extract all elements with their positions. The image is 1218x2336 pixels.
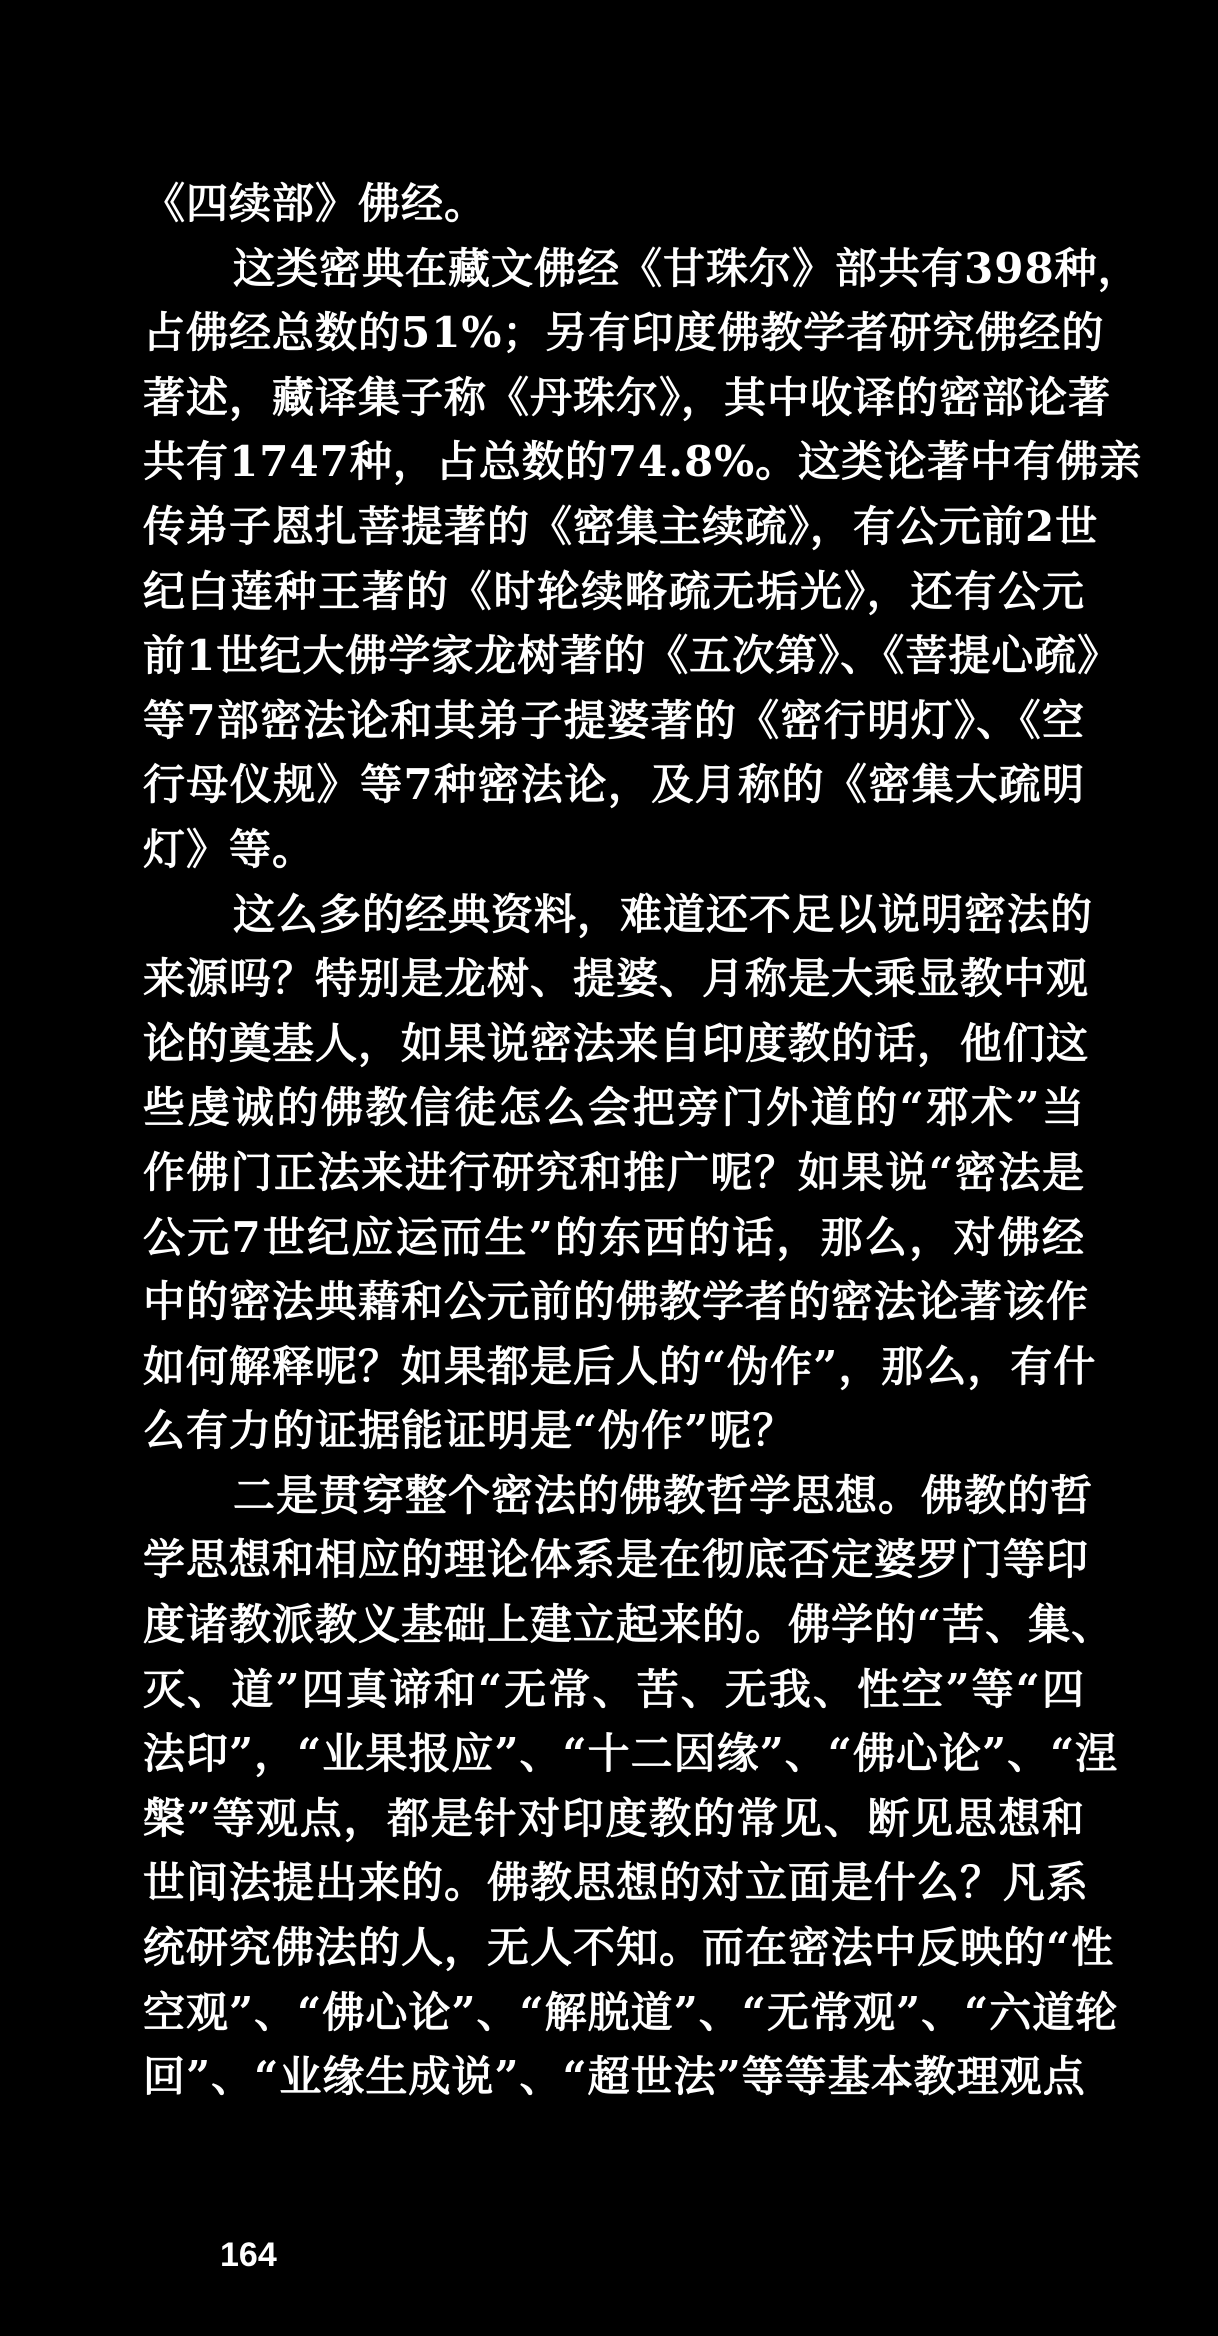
text-line: 世间法提出来的。佛教思想的对立面是什么？凡系: [143, 1851, 1085, 1916]
text-line: 论的奠基人，如果说密法来自印度教的话，他们这: [143, 1012, 1085, 1077]
text-line: 占佛经总数的51%；另有印度佛教学者研究佛经的: [143, 301, 1085, 366]
text-line: 统研究佛法的人，无人不知。而在密法中反映的“性: [143, 1916, 1085, 1981]
text-line: 共有1747种，占总数的74.8%。这类论著中有佛亲: [143, 430, 1085, 495]
text-line: 来源吗？特别是龙树、提婆、月称是大乘显教中观: [143, 947, 1085, 1012]
text-line: 些虔诚的佛教信徒怎么会把旁门外道的“邪术”当: [143, 1076, 1085, 1141]
text-line: 等7部密法论和其弟子提婆著的《密行明灯》、《空: [143, 689, 1085, 754]
text-line: 学思想和相应的理论体系是在彻底否定婆罗门等印: [143, 1528, 1085, 1593]
text-line: 么有力的证据能证明是“伪作”呢？: [143, 1399, 1085, 1464]
text-line: 中的密法典藉和公元前的佛教学者的密法论著该作: [143, 1270, 1085, 1335]
text-line: 纪白莲种王著的《时轮续略疏无垢光》，还有公元: [143, 560, 1085, 625]
paragraph-start-line: 这类密典在藏文佛经《甘珠尔》部共有398种，: [143, 237, 1085, 302]
text-line: 公元7世纪应运而生”的东西的话，那么，对佛经: [143, 1206, 1085, 1271]
text-line: 行母仪规》等7种密法论，及月称的《密集大疏明: [143, 753, 1085, 818]
text-line: 法印”，“业果报应”、“十二因缘”、“佛心论”、“涅: [143, 1722, 1085, 1787]
paragraph-start-line: 二是贯穿整个密法的佛教哲学思想。佛教的哲: [143, 1464, 1085, 1529]
text-line: 槃”等观点，都是针对印度教的常见、断见思想和: [143, 1787, 1085, 1852]
text-line: 回”、“业缘生成说”、“超世法”等等基本教理观点: [143, 2045, 1085, 2110]
text-line: 度诸教派教义基础上建立起来的。佛学的“苦、集、: [143, 1593, 1085, 1658]
text-line: 灭、道”四真谛和“无常、苦、无我、性空”等“四: [143, 1658, 1085, 1723]
text-line: 如何解释呢？如果都是后人的“伪作”，那么，有什: [143, 1335, 1085, 1400]
text-line: 著述，藏译集子称《丹珠尔》，其中收译的密部论著: [143, 366, 1085, 431]
text-line: 传弟子恩扎菩提著的《密集主续疏》，有公元前2世: [143, 495, 1085, 560]
document-page: 《四续部》佛经。 这类密典在藏文佛经《甘珠尔》部共有398种， 占佛经总数的51…: [143, 172, 1085, 2110]
text-line: 空观”、“佛心论”、“解脱道”、“无常观”、“六道轮: [143, 1981, 1085, 2046]
text-line: 灯》等。: [143, 818, 1085, 883]
text-line: 作佛门正法来进行研究和推广呢？如果说“密法是: [143, 1141, 1085, 1206]
text-line: 《四续部》佛经。: [143, 172, 1085, 237]
text-line: 前1世纪大佛学家龙树著的《五次第》、《菩提心疏》: [143, 624, 1085, 689]
paragraph-start-line: 这么多的经典资料，难道还不足以说明密法的: [143, 883, 1085, 948]
page-number: 164: [220, 2236, 277, 2275]
